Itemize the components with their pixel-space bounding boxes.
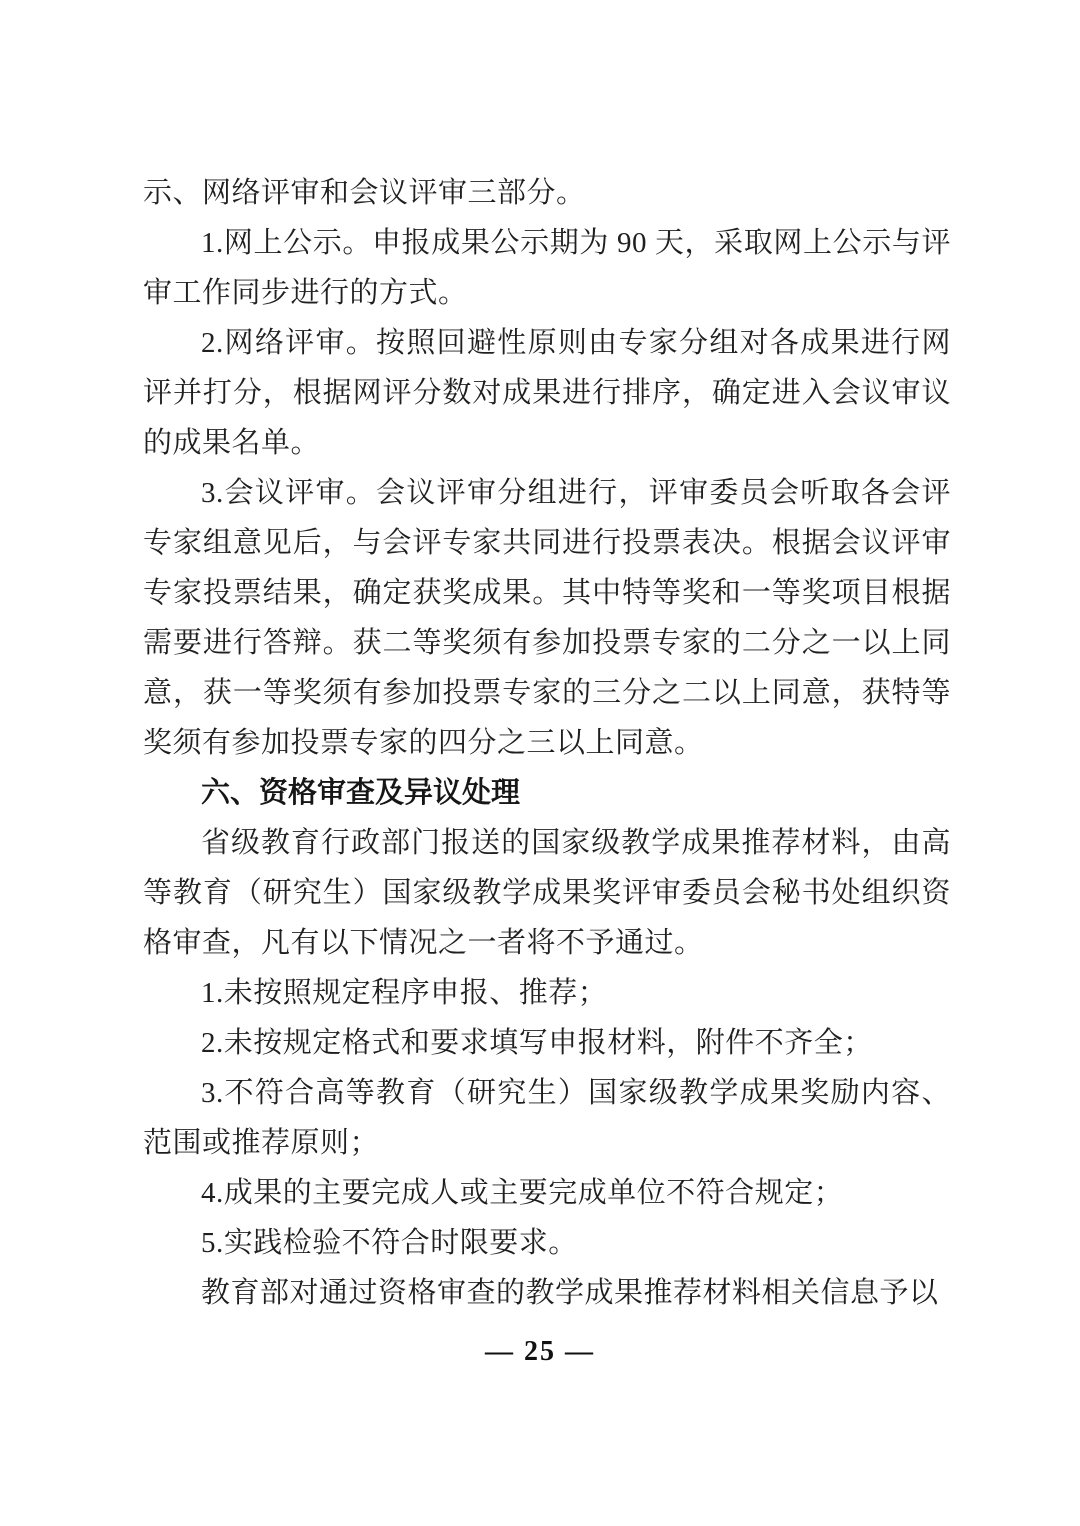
page-number: — 25 — xyxy=(485,1336,595,1367)
list-item: 4.成果的主要完成人或主要完成单位不符合规定； xyxy=(143,1168,951,1218)
paragraph: 2.网络评审。按照回避性原则由专家分组对各成果进行网评并打分，根据网评分数对成果… xyxy=(143,318,951,468)
paragraph: 示、网络评审和会议评审三部分。 xyxy=(143,168,951,218)
section-heading: 六、资格审查及异议处理 xyxy=(143,768,951,818)
document-page: 示、网络评审和会议评审三部分。 1.网上公示。申报成果公示期为 90 天，采取网… xyxy=(0,0,1080,1526)
paragraph: 1.网上公示。申报成果公示期为 90 天，采取网上公示与评审工作同步进行的方式。 xyxy=(143,218,951,318)
paragraph: 3.会议评审。会议评审分组进行，评审委员会听取各会评专家组意见后，与会评专家共同… xyxy=(143,468,951,768)
document-body: 示、网络评审和会议评审三部分。 1.网上公示。申报成果公示期为 90 天，采取网… xyxy=(143,168,951,1318)
list-item: 3.不符合高等教育（研究生）国家级教学成果奖励内容、范围或推荐原则； xyxy=(143,1068,951,1168)
paragraph: 省级教育行政部门报送的国家级教学成果推荐材料，由高等教育（研究生）国家级教学成果… xyxy=(143,818,951,968)
list-item: 1.未按照规定程序申报、推荐； xyxy=(143,968,951,1018)
list-item: 5.实践检验不符合时限要求。 xyxy=(143,1218,951,1268)
paragraph: 教育部对通过资格审查的教学成果推荐材料相关信息予以 xyxy=(143,1268,951,1318)
page-footer: — 25 — xyxy=(0,1336,1080,1368)
list-item: 2.未按规定格式和要求填写申报材料，附件不齐全； xyxy=(143,1018,951,1068)
